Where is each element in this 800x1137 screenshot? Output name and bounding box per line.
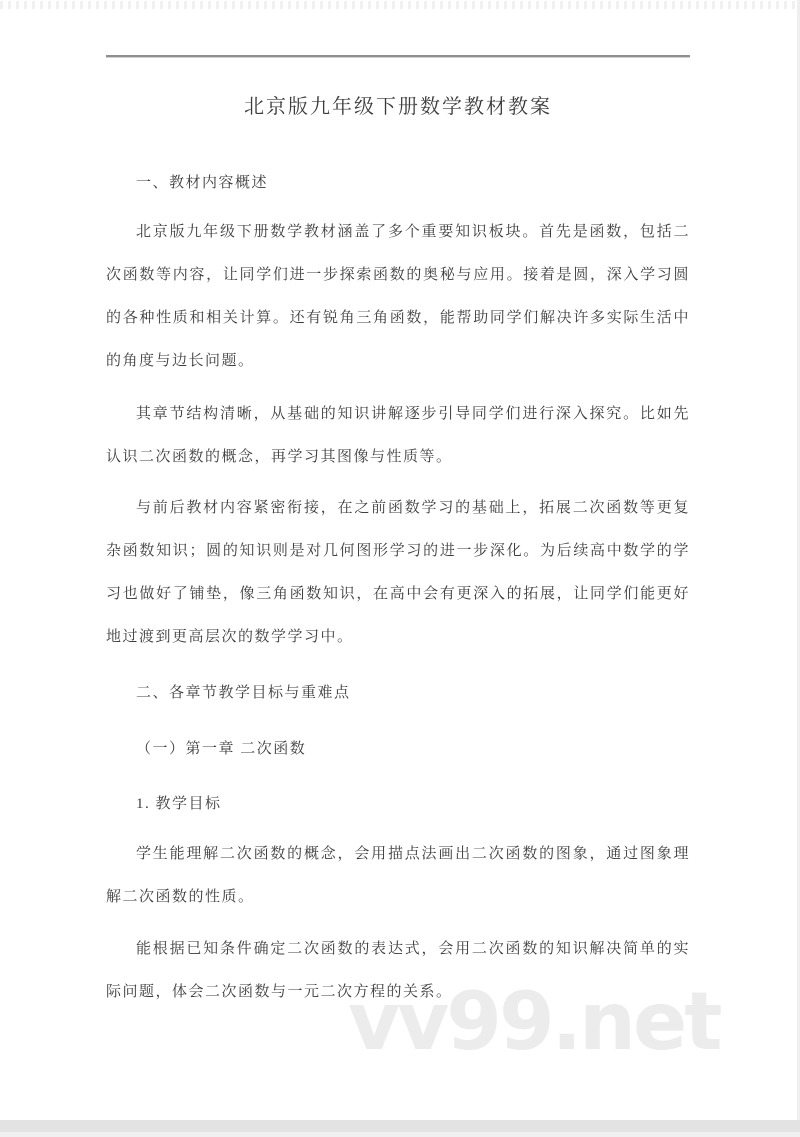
page-top-edge <box>0 1 800 9</box>
section-heading-overview: 一、教材内容概述 <box>106 162 690 205</box>
paragraph: 学生能理解二次函数的概念，会用描点法画出二次函数的图象，通过图象理解二次函数的性… <box>106 833 690 919</box>
paragraph: 其章节结构清晰，从基础的知识讲解逐步引导同学们进行深入探究。比如先认识二次函数的… <box>106 393 690 479</box>
subsection-heading-teaching-goal: 1. 教学目标 <box>106 783 690 826</box>
document-body: 北京版九年级下册数学教材教案 一、教材内容概述 北京版九年级下册数学教材涵盖了多… <box>0 55 800 1014</box>
subsection-heading-chapter1: （一）第一章 二次函数 <box>106 728 690 771</box>
document-title: 北京版九年级下册数学教材教案 <box>106 92 690 122</box>
paragraph: 与前后教材内容紧密衔接，在之前函数学习的基础上，拓展二次函数等更复杂函数知识；圆… <box>106 487 690 659</box>
document-viewer-page: vv99.net 北京版九年级下册数学教材教案 一、教材内容概述 北京版九年级下… <box>0 0 800 1137</box>
header-rule <box>106 55 690 57</box>
paragraph: 北京版九年级下册数学教材涵盖了多个重要知识板块。首先是函数，包括二次函数等内容，… <box>106 211 690 383</box>
paragraph: 能根据已知条件确定二次函数的表达式，会用二次函数的知识解决简单的实际问题，体会二… <box>106 928 690 1014</box>
section-heading-goals: 二、各章节教学目标与重难点 <box>106 672 690 715</box>
page-bottom-edge <box>0 1120 800 1132</box>
page-gap <box>0 1132 800 1137</box>
